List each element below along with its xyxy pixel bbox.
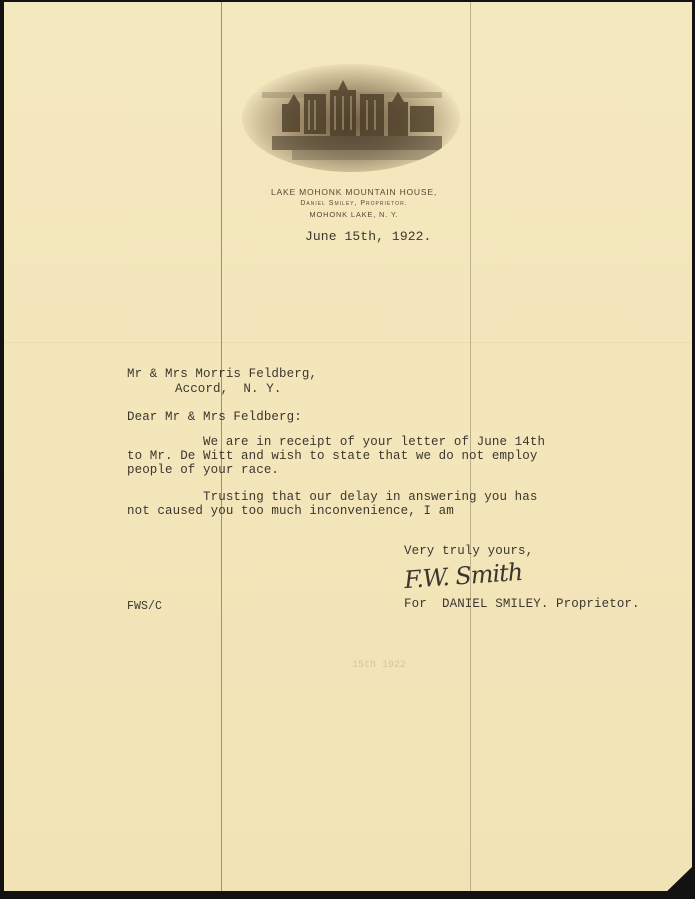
faint-offset-text: 15th 1922 [352,660,406,671]
recipient-address: Accord, N. Y. [175,382,281,397]
letterhead-hotel-name: LAKE MOHONK MOUNTAIN HOUSE, [234,186,474,198]
recipient-name: Mr & Mrs Morris Feldberg, [127,367,317,382]
body-line: not caused you too much inconvenience, I… [127,504,454,519]
letterhead-address: MOHONK LAKE, N. Y. [234,209,474,220]
signed-for: For DANIEL SMILEY. Proprietor. [404,597,640,612]
reference-initials: FWS/C [127,599,162,614]
body-line: We are in receipt of your letter of June… [127,435,545,450]
fold-line-horizontal [4,342,692,343]
salutation: Dear Mr & Mrs Feldberg: [127,410,302,425]
letter-paper: LAKE MOHONK MOUNTAIN HOUSE, Daniel Smile… [4,2,692,891]
body-line: people of your race. [127,463,279,478]
hotel-engraving-image [242,64,460,172]
valediction: Very truly yours, [404,544,533,559]
body-line: to Mr. De Witt and wish to state that we… [127,449,537,464]
letter-date: June 15th, 1922. [305,229,431,244]
handwritten-signature: F.W. Smith [403,558,523,594]
letterhead-proprietor: Daniel Smiley, Proprietor. [234,198,474,209]
body-line: Trusting that our delay in answering you… [127,490,537,505]
letterhead: LAKE MOHONK MOUNTAIN HOUSE, Daniel Smile… [234,186,474,220]
